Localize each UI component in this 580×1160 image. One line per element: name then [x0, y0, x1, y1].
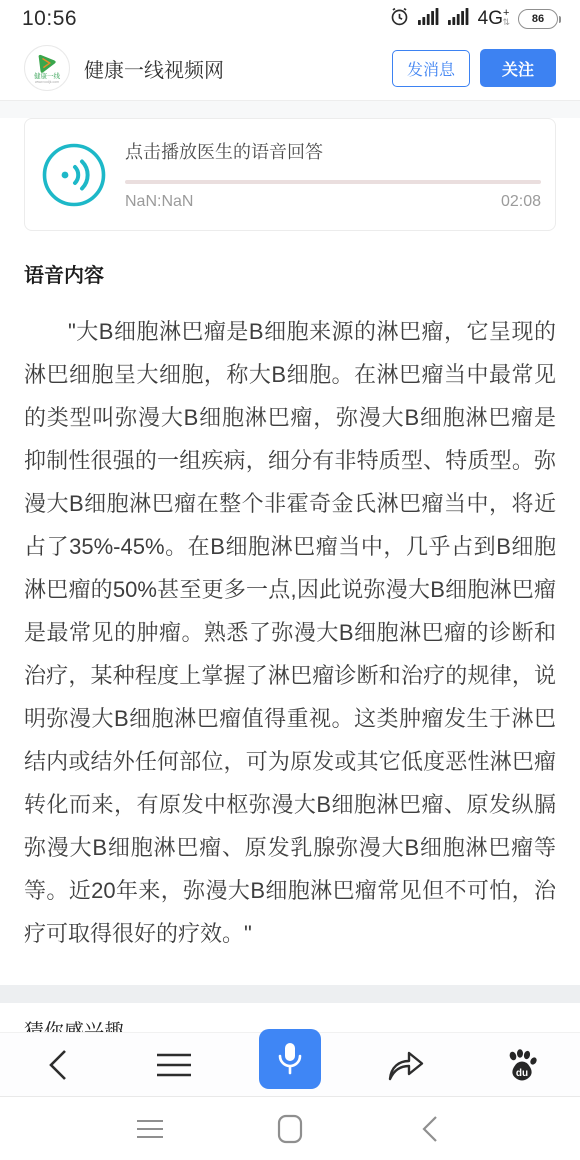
status-bar: 10:56 4G+⇅ 86 — [0, 0, 580, 36]
play-audio-button[interactable] — [41, 142, 107, 208]
sound-wave-icon — [41, 142, 107, 208]
header-gap — [0, 101, 580, 118]
audio-current-time: NaN:NaN — [125, 193, 193, 211]
baidu-icon: du — [505, 1049, 539, 1081]
signal-icon — [418, 8, 440, 31]
site-header: 健康一线 www.vodjk.com 健康一线视频网 发消息 关注 — [0, 36, 580, 101]
logo-url-text: www.vodjk.com — [35, 80, 59, 85]
section-gap — [0, 985, 580, 1003]
battery-level: 86 — [532, 13, 544, 25]
baidu-button[interactable]: du — [464, 1049, 580, 1081]
audio-duration: 02:08 — [501, 193, 541, 211]
battery-icon: 86 — [518, 9, 558, 29]
svg-text:du: du — [516, 1068, 528, 1079]
audio-info: 点击播放医生的语音回答 NaN:NaN 02:08 — [125, 138, 541, 211]
network-type-indicator: 4G+⇅ — [478, 8, 510, 30]
audio-times: NaN:NaN 02:08 — [125, 193, 541, 211]
site-logo-avatar[interactable]: 健康一线 www.vodjk.com — [24, 45, 70, 91]
browser-back-button[interactable] — [0, 1048, 116, 1082]
voice-search-button[interactable] — [259, 1029, 321, 1089]
logo-triangle-icon — [36, 54, 58, 74]
send-message-button[interactable]: 发消息 — [392, 50, 470, 87]
recents-button[interactable] — [80, 1119, 220, 1139]
share-icon — [387, 1049, 425, 1081]
status-icons: 4G+⇅ 86 — [389, 6, 558, 32]
transcript-text: "大B细胞淋巴瘤是B细胞来源的淋巴瘤，它呈现的淋巴细胞呈大细胞，称大B细胞。在淋… — [24, 310, 556, 955]
audio-player-card[interactable]: 点击播放医生的语音回答 NaN:NaN 02:08 — [24, 118, 556, 231]
signal-icon-2 — [448, 8, 470, 31]
nav-back-icon — [421, 1115, 439, 1143]
nav-back-button[interactable] — [360, 1115, 500, 1143]
phone-screen: 10:56 4G+⇅ 86 — [0, 0, 580, 1160]
home-icon — [277, 1114, 303, 1144]
home-button[interactable] — [220, 1114, 360, 1144]
back-icon — [45, 1048, 71, 1082]
system-nav-bar — [0, 1096, 580, 1160]
section-title: 语音内容 — [24, 259, 556, 288]
audio-section: 点击播放医生的语音回答 NaN:NaN 02:08 — [0, 118, 580, 231]
share-button[interactable] — [348, 1049, 464, 1081]
follow-button[interactable]: 关注 — [480, 49, 556, 87]
site-title: 健康一线视频网 — [84, 54, 392, 83]
audio-progress-bar[interactable] — [125, 180, 541, 184]
recents-icon — [136, 1119, 164, 1139]
browser-menu-button[interactable] — [116, 1052, 232, 1078]
audio-prompt-label: 点击播放医生的语音回答 — [125, 138, 541, 164]
transcript-section: 语音内容 "大B细胞淋巴瘤是B细胞来源的淋巴瘤，它呈现的淋巴细胞呈大细胞，称大B… — [0, 231, 580, 955]
clock-time: 10:56 — [22, 7, 77, 31]
mic-icon — [277, 1042, 303, 1076]
menu-icon — [156, 1052, 192, 1078]
browser-toolbar: du — [0, 1032, 580, 1096]
alarm-icon — [389, 6, 410, 32]
